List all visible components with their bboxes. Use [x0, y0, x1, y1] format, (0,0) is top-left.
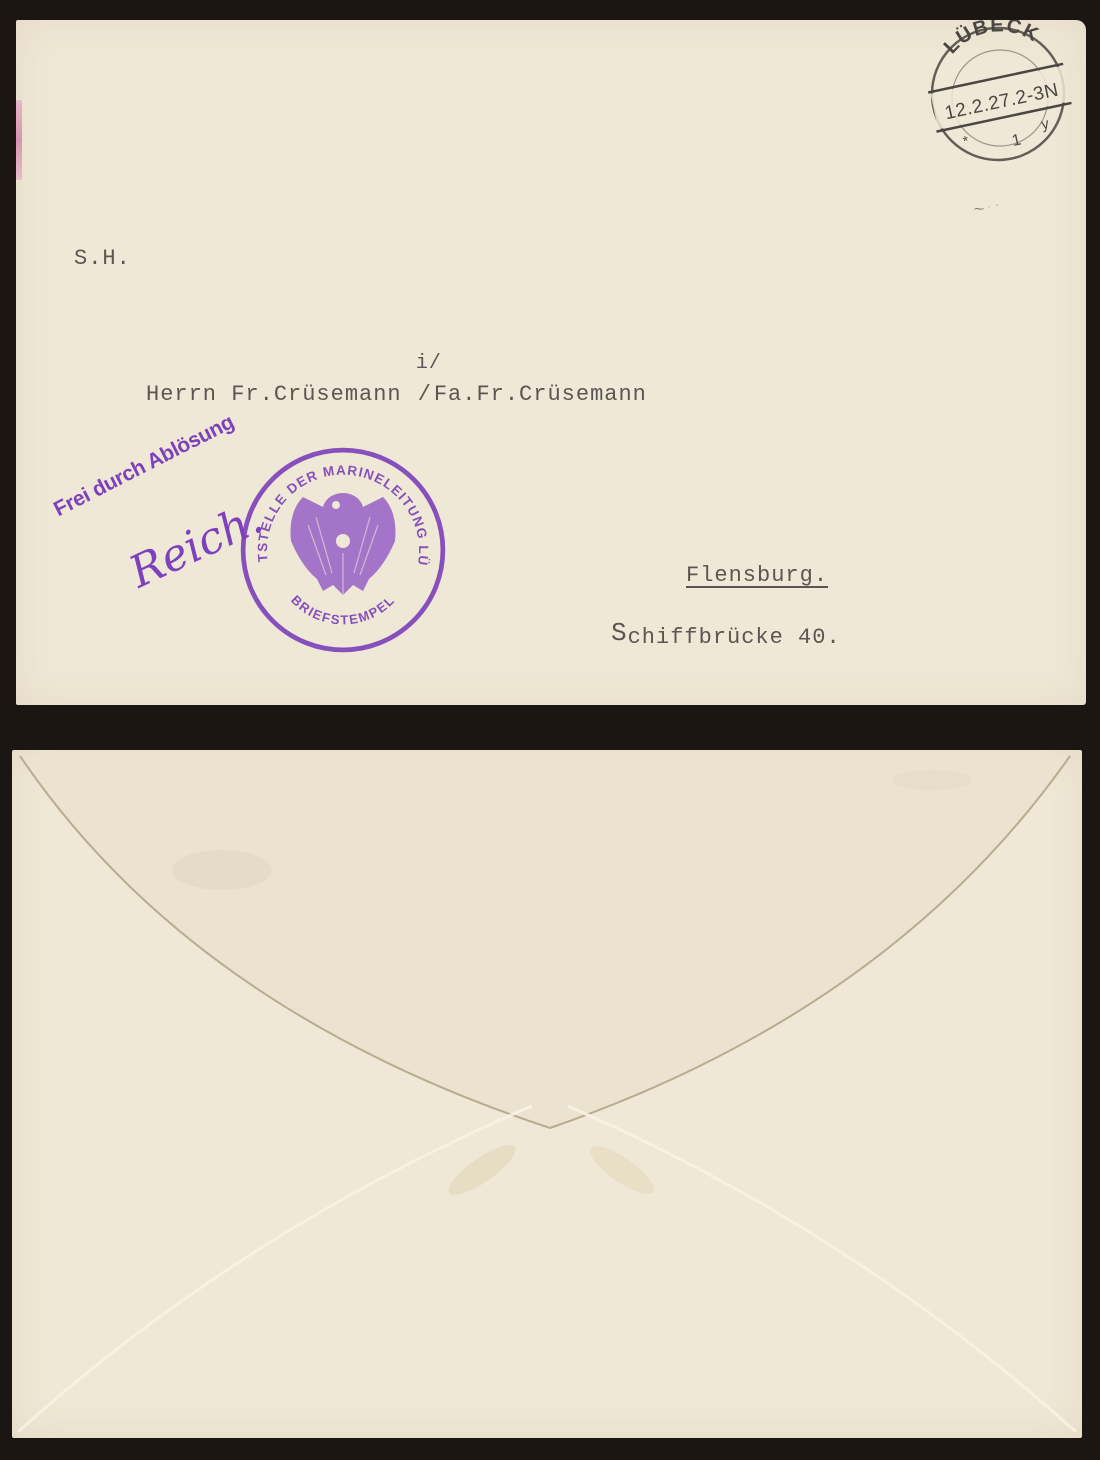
postmark-code-letter: y	[1040, 115, 1051, 133]
postmark-town: LÜBECK	[940, 20, 1043, 58]
care-of-io: i/	[416, 352, 442, 375]
firm-name: Fa.Fr.Crüsemann	[434, 382, 647, 407]
pink-edge-mark	[16, 100, 22, 180]
official-seal-icon: DIENSTSTELLE DER MARINELEITUNG LÜBECK BR…	[238, 445, 448, 655]
envelope-back	[12, 750, 1082, 1438]
recipient-line: Herrn Fr.Crüsemann i//Fa.Fr.Crüsemann	[146, 382, 647, 407]
ink-speck: ⁓ˑ˙	[974, 204, 1002, 216]
seal-bottom-text: BRIEFSTEMPEL	[288, 592, 398, 627]
recipient-name: Herrn Fr.Crüsemann	[146, 382, 402, 407]
care-of-slash: /	[418, 382, 432, 407]
destination-street: Schiffbrücke 40.	[611, 618, 841, 650]
sender-initials: S.H.	[74, 246, 131, 271]
envelope-front: S.H. Herrn Fr.Crüsemann i//Fa.Fr.Crüsema…	[16, 20, 1086, 705]
street-rest: chiffbrücke 40.	[628, 625, 841, 650]
street-initial: S	[611, 618, 628, 648]
envelope-flap-icon	[12, 750, 1082, 1438]
frei-durch-abloesung-stamp: Frei durch Ablösung	[50, 410, 238, 522]
luebeck-postmark-icon: 12.2.27.2-3N * 1 y LÜBECK	[908, 20, 1088, 180]
svg-text:BRIEFSTEMPEL: BRIEFSTEMPEL	[288, 592, 398, 627]
svg-text:LÜBECK: LÜBECK	[940, 20, 1043, 58]
destination-city: Flensburg.	[686, 563, 828, 588]
postmark-office-number: 1	[1010, 131, 1022, 149]
care-of-mark: i//	[416, 382, 434, 407]
